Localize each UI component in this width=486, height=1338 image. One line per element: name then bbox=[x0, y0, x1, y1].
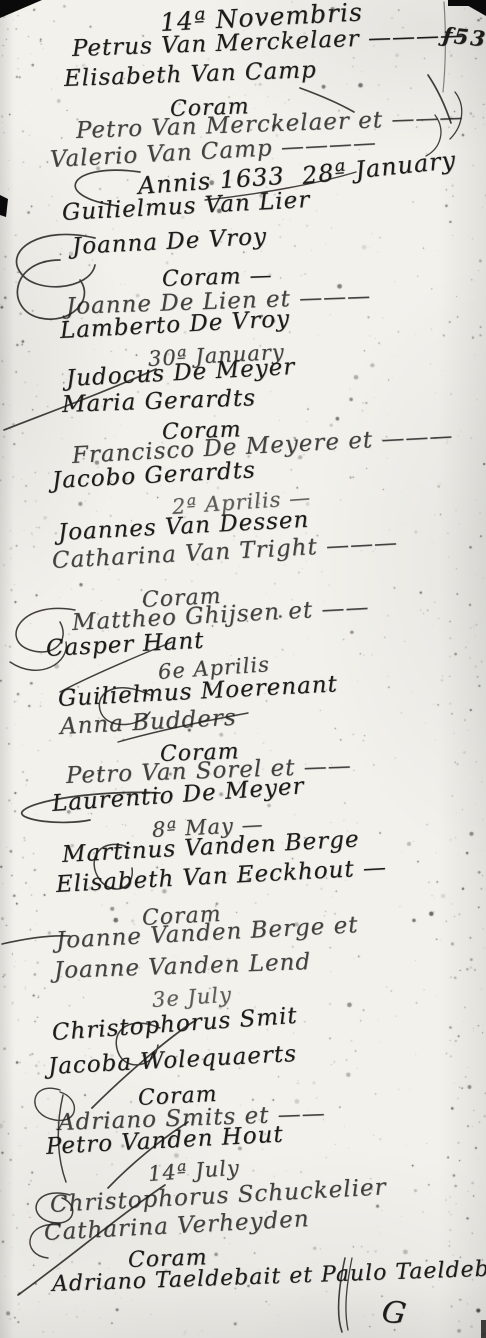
bottom-flourish-mark: G bbox=[380, 1294, 410, 1332]
scanned-register-page: 14ª Novembris ƒ53 Petrus Van Merckelaer … bbox=[0, 0, 486, 1338]
